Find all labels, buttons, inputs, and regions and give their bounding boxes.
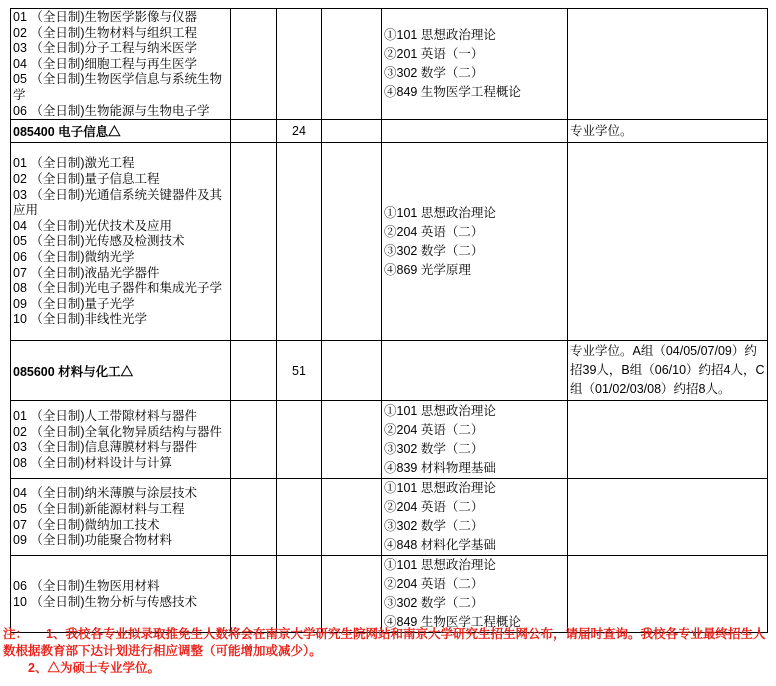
- empty-cell: [277, 143, 322, 341]
- empty-cell: [231, 401, 277, 479]
- empty-cell: [322, 479, 382, 556]
- table-row: 06 （全日制)生物医用材料 10 （全日制)生物分析与传感技术 ①101 思想…: [11, 556, 768, 633]
- table-row: 01 （全日制)生物医学影像与仪器 02 （全日制)生物材料与组织工程 03 （…: [11, 9, 768, 120]
- note-label: 注：: [3, 627, 28, 641]
- program-list-cell: 01 （全日制)生物医学影像与仪器 02 （全日制)生物材料与组织工程 03 （…: [11, 9, 231, 120]
- notes-footer: 注：1、我校各专业拟录取推免生人数将会在南京大学研究生院网站和南京大学研究生招生…: [3, 626, 767, 678]
- exam-subjects-cell: ①101 思想政治理论 ②204 英语（二） ③302 数学（二） ④848 材…: [382, 479, 568, 556]
- empty-cell: [322, 143, 382, 341]
- admissions-catalog-page: 01 （全日制)生物医学影像与仪器 02 （全日制)生物材料与组织工程 03 （…: [0, 0, 776, 686]
- empty-cell: [231, 479, 277, 556]
- footnote-1-text: 1、我校各专业拟录取推免生人数将会在南京大学研究生院网站和南京大学研究生招生网公…: [3, 627, 765, 658]
- program-list-cell: 06 （全日制)生物医用材料 10 （全日制)生物分析与传感技术: [11, 556, 231, 633]
- table-row: 04 （全日制)纳米薄膜与涂层技术 05 （全日制)新能源材料与工程 07 （全…: [11, 479, 768, 556]
- exam-subjects-cell: ①101 思想政治理论 ②204 英语（二） ③302 数学（二） ④869 光…: [382, 143, 568, 341]
- empty-cell: [231, 9, 277, 120]
- footnote-line-1: 注：1、我校各专业拟录取推免生人数将会在南京大学研究生院网站和南京大学研究生招生…: [3, 626, 767, 660]
- remarks-cell: [568, 9, 768, 120]
- exam-subjects-cell: ①101 思想政治理论 ②201 英语（一） ③302 数学（二） ④849 生…: [382, 9, 568, 120]
- empty-cell: [382, 341, 568, 401]
- remarks-cell: [568, 479, 768, 556]
- empty-cell: [322, 556, 382, 633]
- remarks-cell: 专业学位。: [568, 120, 768, 143]
- empty-cell: [382, 120, 568, 143]
- empty-cell: [277, 479, 322, 556]
- program-list-cell: 04 （全日制)纳米薄膜与涂层技术 05 （全日制)新能源材料与工程 07 （全…: [11, 479, 231, 556]
- enrollment-count-cell: 24: [277, 120, 322, 143]
- admissions-table: 01 （全日制)生物医学影像与仪器 02 （全日制)生物材料与组织工程 03 （…: [10, 8, 768, 633]
- remarks-cell: [568, 401, 768, 479]
- table-row: 01 （全日制)人工带隙材料与器件 02 （全日制)全氧化物异质结构与器件 03…: [11, 401, 768, 479]
- empty-cell: [322, 401, 382, 479]
- remarks-cell: 专业学位。A组（04/05/07/09）约招39人，B组（06/10）约招4人，…: [568, 341, 768, 401]
- table-row: 085400 电子信息△ 24 专业学位。: [11, 120, 768, 143]
- remarks-cell: [568, 143, 768, 341]
- program-list-cell: 01 （全日制)人工带隙材料与器件 02 （全日制)全氧化物异质结构与器件 03…: [11, 401, 231, 479]
- exam-subjects-cell: ①101 思想政治理论 ②204 英语（二） ③302 数学（二） ④839 材…: [382, 401, 568, 479]
- remarks-cell: [568, 556, 768, 633]
- empty-cell: [231, 341, 277, 401]
- major-code-cell: 085600 材料与化工△: [11, 341, 231, 401]
- enrollment-count-cell: 51: [277, 341, 322, 401]
- empty-cell: [277, 401, 322, 479]
- footnote-line-2: 2、△为硕士专业学位。: [3, 660, 767, 677]
- empty-cell: [277, 9, 322, 120]
- empty-cell: [231, 143, 277, 341]
- program-list-cell: 01 （全日制)激光工程 02 （全日制)量子信息工程 03 （全日制)光通信系…: [11, 143, 231, 341]
- empty-cell: [322, 9, 382, 120]
- major-code-cell: 085400 电子信息△: [11, 120, 231, 143]
- empty-cell: [231, 120, 277, 143]
- table-row: 01 （全日制)激光工程 02 （全日制)量子信息工程 03 （全日制)光通信系…: [11, 143, 768, 341]
- empty-cell: [322, 341, 382, 401]
- exam-subjects-cell: ①101 思想政治理论 ②204 英语（二） ③302 数学（二） ④849 生…: [382, 556, 568, 633]
- empty-cell: [322, 120, 382, 143]
- table-row: 085600 材料与化工△ 51 专业学位。A组（04/05/07/09）约招3…: [11, 341, 768, 401]
- empty-cell: [277, 556, 322, 633]
- empty-cell: [231, 556, 277, 633]
